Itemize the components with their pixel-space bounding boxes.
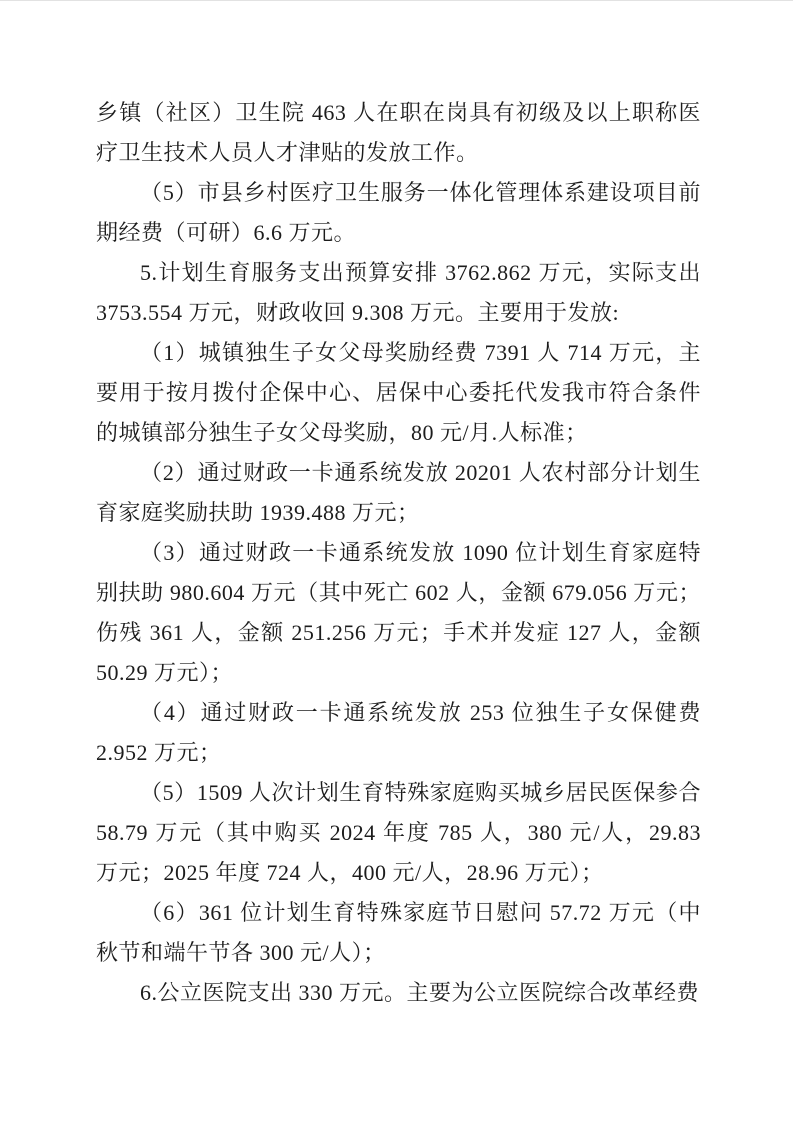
paragraph: 5.计划生育服务支出预算安排 3762.862 万元，实际支出 3753.554… xyxy=(96,253,701,333)
paragraph: （2）通过财政一卡通系统发放 20201 人农村部分计划生育家庭奖励扶助 193… xyxy=(96,453,701,533)
document-page: 乡镇（社区）卫生院 463 人在职在岗具有初级及以上职称医疗卫生技术人员人才津贴… xyxy=(0,1,793,1122)
paragraph: （1）城镇独生子女父母奖励经费 7391 人 714 万元，主要用于按月拨付企保… xyxy=(96,333,701,453)
paragraph: 6.公立医院支出 330 万元。主要为公立医院综合改革经费 xyxy=(96,973,701,1013)
paragraph: （5）市县乡村医疗卫生服务一体化管理体系建设项目前期经费（可研）6.6 万元。 xyxy=(96,173,701,253)
paragraph: （4）通过财政一卡通系统发放 253 位独生子女保健费 2.952 万元； xyxy=(96,693,701,773)
paragraph: （5）1509 人次计划生育特殊家庭购买城乡居民医保参合 58.79 万元（其中… xyxy=(96,773,701,893)
paragraph: 乡镇（社区）卫生院 463 人在职在岗具有初级及以上职称医疗卫生技术人员人才津贴… xyxy=(96,93,701,173)
paragraph: （6）361 位计划生育特殊家庭节日慰问 57.72 万元（中秋节和端午节各 3… xyxy=(96,893,701,973)
paragraph: （3）通过财政一卡通系统发放 1090 位计划生育家庭特别扶助 980.604 … xyxy=(96,533,701,693)
